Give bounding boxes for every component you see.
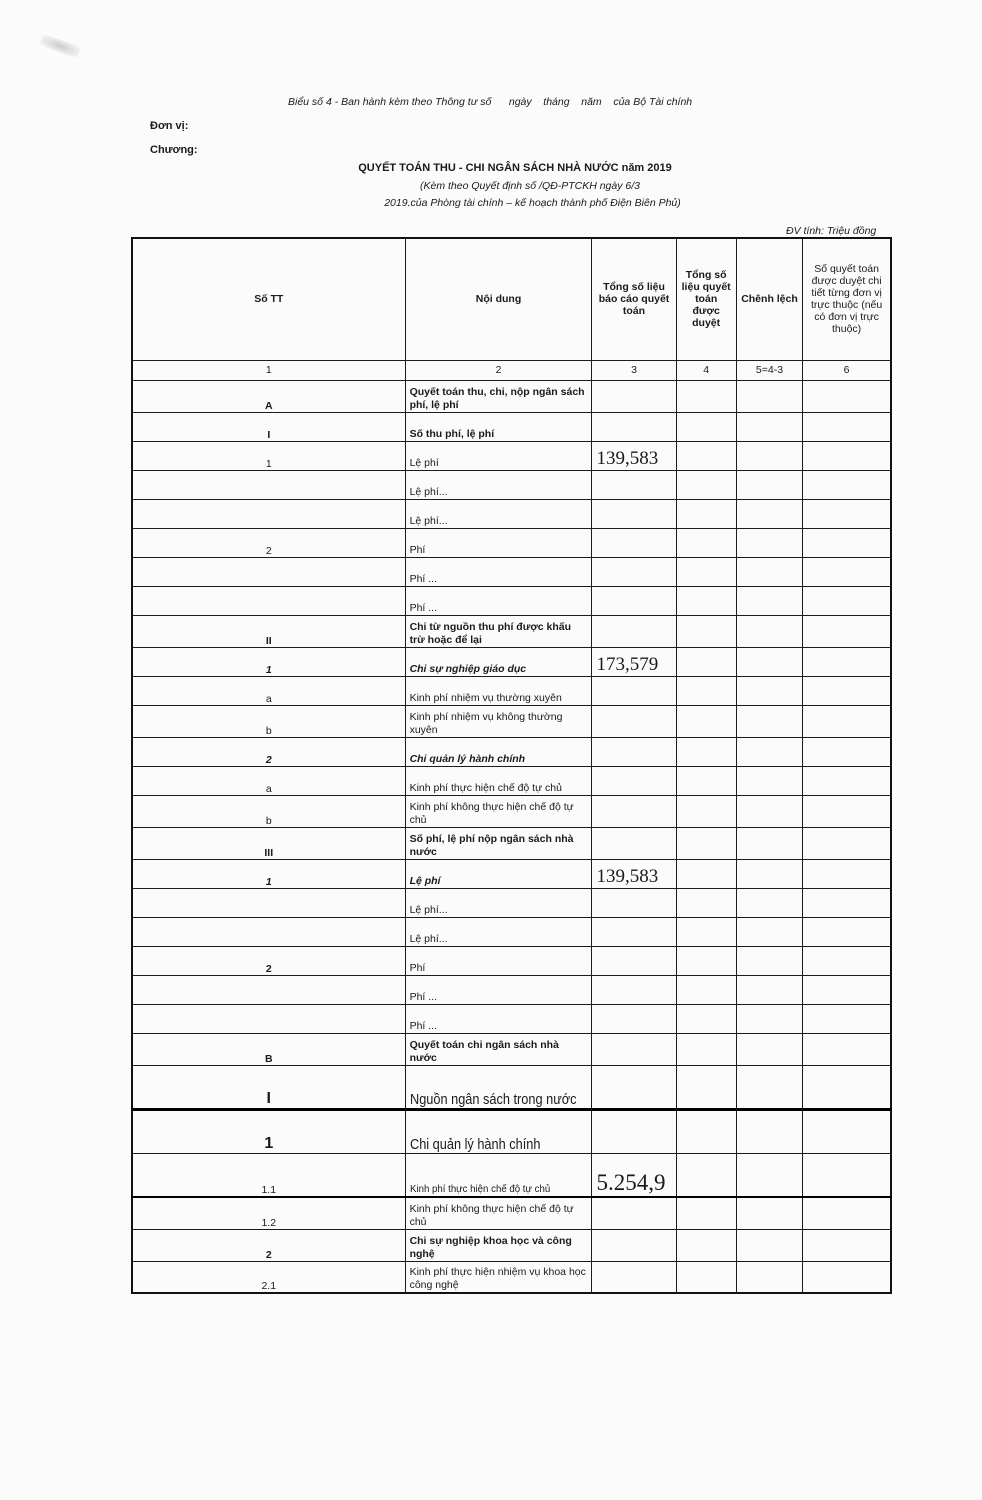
row-content-text: Kinh phí thực hiện chế độ tự chủ [410, 782, 562, 794]
row-unit-detail [803, 557, 891, 586]
row-stt [132, 917, 405, 946]
header-unit-detail: Số quyết toán được duyệt chi tiết từng đ… [803, 238, 891, 360]
settlement-table: Số TT Nội dung Tổng số liệu báo cáo quyế… [131, 237, 892, 1294]
row-reported-total [592, 1229, 676, 1261]
row-difference [736, 1109, 802, 1153]
row-content-text: Chi sự nghiệp khoa học và công nghệ [410, 1235, 572, 1260]
row-reported-total [592, 917, 676, 946]
row-content-text: Lệ phí... [410, 515, 448, 527]
row-reported-total [592, 557, 676, 586]
table-row: 2Chi quản lý hành chính [132, 737, 891, 766]
row-content-text: Phí ... [410, 573, 437, 585]
row-content-text: Kinh phí thực hiện chế độ tự chủ [410, 1183, 550, 1196]
row-approved-total [676, 975, 736, 1004]
row-approved-total [676, 647, 736, 676]
column-number: 1 [132, 360, 405, 380]
row-stt: 1.2 [132, 1197, 405, 1229]
row-content-text: Số phí, lệ phí nộp ngân sách nhà nước [410, 833, 574, 858]
row-unit-detail [803, 859, 891, 888]
row-content: Kinh phí không thực hiện chế độ tự chủ [405, 795, 592, 827]
header-content: Nội dung [405, 238, 592, 360]
row-reported-total [592, 1109, 676, 1153]
row-content: Lệ phí... [405, 499, 592, 528]
row-content: Phí ... [405, 557, 592, 586]
table-row: Lệ phí... [132, 470, 891, 499]
row-reported-total [592, 1065, 676, 1109]
row-approved-total [676, 557, 736, 586]
header-stt: Số TT [132, 238, 405, 360]
table-row: ISố thu phí, lệ phí [132, 412, 891, 441]
column-number: 5=4-3 [736, 360, 802, 380]
row-reported-total [592, 737, 676, 766]
row-unit-detail [803, 528, 891, 557]
row-difference [736, 827, 802, 859]
table-row: 1.1Kinh phí thực hiện chế độ tự chủ5.254… [132, 1153, 891, 1197]
row-stt [132, 975, 405, 1004]
row-stt: 1 [132, 441, 405, 470]
row-content: Lệ phí... [405, 917, 592, 946]
row-stt: B [132, 1033, 405, 1065]
row-difference [736, 888, 802, 917]
column-number: 2 [405, 360, 592, 380]
row-content: Số phí, lệ phí nộp ngân sách nhà nước [405, 827, 592, 859]
row-difference [736, 1197, 802, 1229]
form-reference: Biểu số 4 - Ban hành kèm theo Thông tư s… [288, 96, 692, 108]
row-approved-total [676, 380, 736, 412]
table-row: AQuyết toán thu, chi, nộp ngân sách phí,… [132, 380, 891, 412]
header-difference: Chênh lệch [736, 238, 802, 360]
row-content: Lệ phí... [405, 470, 592, 499]
table-row: Phí ... [132, 975, 891, 1004]
row-content-text: Phí ... [410, 991, 437, 1003]
row-reported-total [592, 499, 676, 528]
row-stt [132, 499, 405, 528]
row-reported-total [592, 827, 676, 859]
row-unit-detail [803, 1153, 891, 1197]
row-difference [736, 705, 802, 737]
row-content-text: Quyết toán thu, chi, nộp ngân sách phí, … [410, 386, 585, 411]
row-approved-total [676, 470, 736, 499]
row-reported-total [592, 946, 676, 975]
row-content: Phí [405, 528, 592, 557]
row-difference [736, 917, 802, 946]
row-content-text: Kinh phí nhiệm vụ không thường xuyên [410, 711, 563, 736]
row-approved-total [676, 795, 736, 827]
row-content-text: Nguồn ngân sách trong nước [410, 1093, 576, 1106]
row-unit-detail [803, 1197, 891, 1229]
row-approved-total [676, 615, 736, 647]
row-stt: b [132, 705, 405, 737]
row-reported-total [592, 676, 676, 705]
row-content-text: Kinh phí không thực hiện chế độ tự chủ [410, 801, 574, 826]
row-stt [132, 586, 405, 615]
row-content-text: Lệ phí [410, 875, 441, 887]
row-approved-total [676, 766, 736, 795]
row-stt: III [132, 827, 405, 859]
row-difference [736, 412, 802, 441]
row-unit-detail [803, 737, 891, 766]
row-unit-detail [803, 1109, 891, 1153]
row-difference [736, 647, 802, 676]
table-row: Phí ... [132, 586, 891, 615]
row-reported-total: 139,583 [592, 859, 676, 888]
row-stt: 1 [132, 859, 405, 888]
row-content: Kinh phí không thực hiện chế độ tự chủ [405, 1197, 592, 1229]
row-unit-detail [803, 647, 891, 676]
table-row: aKinh phí thực hiện chế độ tự chủ [132, 766, 891, 795]
table-row: Phí ... [132, 557, 891, 586]
row-content-text: Số thu phí, lệ phí [410, 428, 495, 440]
row-difference [736, 1004, 802, 1033]
row-approved-total [676, 441, 736, 470]
row-reported-total [592, 470, 676, 499]
row-unit-detail [803, 441, 891, 470]
row-reported-total [592, 1261, 676, 1293]
row-content: Phí ... [405, 1004, 592, 1033]
row-stt: a [132, 676, 405, 705]
row-content-text: Kinh phí nhiệm vụ thường xuyên [410, 692, 562, 704]
row-approved-total [676, 1109, 736, 1153]
row-approved-total [676, 586, 736, 615]
row-difference [736, 1229, 802, 1261]
row-stt: b [132, 795, 405, 827]
row-difference [736, 737, 802, 766]
table-row: Lệ phí... [132, 499, 891, 528]
row-content-text: Kinh phí thực hiện nhiệm vụ khoa học côn… [410, 1266, 586, 1291]
row-difference [736, 528, 802, 557]
row-difference [736, 380, 802, 412]
row-stt: 2.1 [132, 1261, 405, 1293]
row-reported-total [592, 766, 676, 795]
row-approved-total [676, 859, 736, 888]
row-reported-total [592, 888, 676, 917]
row-approved-total [676, 888, 736, 917]
row-stt: 1 [132, 1109, 405, 1153]
row-approved-total [676, 1004, 736, 1033]
row-unit-detail [803, 1065, 891, 1109]
table-row: 2.1Kinh phí thực hiện nhiệm vụ khoa học … [132, 1261, 891, 1293]
table-header-row: Số TT Nội dung Tổng số liệu báo cáo quyế… [132, 238, 891, 360]
column-number: 4 [676, 360, 736, 380]
scan-smudge [39, 34, 81, 59]
row-stt: II [132, 615, 405, 647]
row-content: Chi quản lý hành chính [405, 737, 592, 766]
row-content: Lệ phí [405, 441, 592, 470]
row-content-text: Lệ phí [410, 457, 439, 469]
row-difference [736, 1033, 802, 1065]
row-difference [736, 499, 802, 528]
row-reported-total [592, 1004, 676, 1033]
row-difference [736, 975, 802, 1004]
row-stt: 2 [132, 737, 405, 766]
row-stt: I [132, 1065, 405, 1109]
table-row: 1Lệ phí139,583 [132, 859, 891, 888]
row-unit-detail [803, 1229, 891, 1261]
table-row: bKinh phí không thực hiện chế độ tự chủ [132, 795, 891, 827]
row-unit-detail [803, 705, 891, 737]
row-difference [736, 1261, 802, 1293]
row-approved-total [676, 737, 736, 766]
row-reported-total [592, 705, 676, 737]
table-row: 1Lệ phí139,583 [132, 441, 891, 470]
row-difference [736, 795, 802, 827]
row-content: Phí [405, 946, 592, 975]
table-row: Phí ... [132, 1004, 891, 1033]
row-approved-total [676, 1229, 736, 1261]
row-difference [736, 586, 802, 615]
column-number-row: 1 2 3 4 5=4-3 6 [132, 360, 891, 380]
row-reported-total [592, 975, 676, 1004]
row-unit-detail [803, 946, 891, 975]
row-content: Kinh phí thực hiện nhiệm vụ khoa học côn… [405, 1261, 592, 1293]
row-content: Lệ phí... [405, 888, 592, 917]
document-title: QUYẾT TOÁN THU - CHI NGÂN SÁCH NHÀ NƯỚC … [0, 162, 982, 174]
table-row: BQuyết toán chi ngân sách nhà nước [132, 1033, 891, 1065]
row-unit-detail [803, 380, 891, 412]
row-content: Lệ phí [405, 859, 592, 888]
row-content: Kinh phí nhiệm vụ không thường xuyên [405, 705, 592, 737]
header-approved-total: Tổng số liệu quyết toán được duyệt [676, 238, 736, 360]
row-reported-total [592, 615, 676, 647]
document-subtitle-line2: 2019.của Phòng tài chính – kế hoạch thàn… [0, 197, 982, 209]
row-unit-detail [803, 676, 891, 705]
table-row: 1Chi sự nghiệp giáo dục173,579 [132, 647, 891, 676]
row-unit-detail [803, 795, 891, 827]
table-row: bKinh phí nhiệm vụ không thường xuyên [132, 705, 891, 737]
row-unit-detail [803, 917, 891, 946]
row-difference [736, 557, 802, 586]
row-difference [736, 615, 802, 647]
row-content: Phí ... [405, 586, 592, 615]
row-stt: 2 [132, 528, 405, 557]
row-content-text: Phí [410, 544, 426, 556]
row-content-text: Chi sự nghiệp giáo dục [410, 663, 527, 675]
row-stt: 1.1 [132, 1153, 405, 1197]
row-difference [736, 946, 802, 975]
row-approved-total [676, 499, 736, 528]
unit-label: Đơn vị: [150, 120, 188, 132]
row-content: Chi quản lý hành chính [405, 1109, 592, 1153]
table-row: 1Chi quản lý hành chính [132, 1109, 891, 1153]
row-reported-total [592, 380, 676, 412]
row-content-text: Phí ... [410, 1020, 437, 1032]
row-content-text: Chi quản lý hành chính [410, 1138, 540, 1151]
row-content: Nguồn ngân sách trong nước [405, 1065, 592, 1109]
table-row: INguồn ngân sách trong nước [132, 1065, 891, 1109]
row-difference [736, 766, 802, 795]
unit-note: ĐV tính: Triệu đồng [786, 225, 876, 237]
row-content: Phí ... [405, 975, 592, 1004]
row-content: Quyết toán thu, chi, nộp ngân sách phí, … [405, 380, 592, 412]
row-reported-total: 173,579 [592, 647, 676, 676]
row-difference [736, 1065, 802, 1109]
row-content: Quyết toán chi ngân sách nhà nước [405, 1033, 592, 1065]
table-row: IIISố phí, lệ phí nộp ngân sách nhà nước [132, 827, 891, 859]
row-content: Chi từ nguồn thu phí được khấu trừ hoặc … [405, 615, 592, 647]
row-approved-total [676, 1261, 736, 1293]
row-unit-detail [803, 888, 891, 917]
row-unit-detail [803, 586, 891, 615]
row-unit-detail [803, 412, 891, 441]
table-row: IIChi từ nguồn thu phí được khấu trừ hoặ… [132, 615, 891, 647]
row-unit-detail [803, 975, 891, 1004]
row-content-text: Lệ phí... [410, 486, 448, 498]
table-body: AQuyết toán thu, chi, nộp ngân sách phí,… [132, 380, 891, 1293]
row-stt: 2 [132, 1229, 405, 1261]
row-reported-total: 5.254,9 [592, 1153, 676, 1197]
row-content: Kinh phí thực hiện chế độ tự chủ [405, 1153, 592, 1197]
row-reported-total [592, 412, 676, 441]
row-content: Chi sự nghiệp giáo dục [405, 647, 592, 676]
row-stt [132, 888, 405, 917]
document-subtitle-line1: (Kèm theo Quyết định số /QĐ-PTCKH ngày 6… [0, 180, 982, 192]
row-unit-detail [803, 499, 891, 528]
row-content-text: Phí ... [410, 602, 437, 614]
row-approved-total [676, 676, 736, 705]
row-content-text: Quyết toán chi ngân sách nhà nước [410, 1039, 559, 1064]
header-reported-total: Tổng số liệu báo cáo quyết toán [592, 238, 676, 360]
row-stt [132, 470, 405, 499]
row-content-text: Lệ phí... [410, 904, 448, 916]
row-content: Chi sự nghiệp khoa học và công nghệ [405, 1229, 592, 1261]
row-unit-detail [803, 827, 891, 859]
row-reported-total [592, 528, 676, 557]
chapter-label: Chương: [150, 144, 198, 156]
row-approved-total [676, 1065, 736, 1109]
row-approved-total [676, 827, 736, 859]
table-row: Lệ phí... [132, 917, 891, 946]
row-stt: a [132, 766, 405, 795]
row-approved-total [676, 1033, 736, 1065]
row-stt [132, 1004, 405, 1033]
table-row: Lệ phí... [132, 888, 891, 917]
row-stt: A [132, 380, 405, 412]
row-approved-total [676, 412, 736, 441]
row-difference [736, 676, 802, 705]
row-unit-detail [803, 470, 891, 499]
row-reported-total [592, 795, 676, 827]
row-stt [132, 557, 405, 586]
row-stt: 1 [132, 647, 405, 676]
row-approved-total [676, 705, 736, 737]
column-number: 3 [592, 360, 676, 380]
row-unit-detail [803, 766, 891, 795]
row-content: Kinh phí nhiệm vụ thường xuyên [405, 676, 592, 705]
column-number: 6 [803, 360, 891, 380]
row-content: Kinh phí thực hiện chế độ tự chủ [405, 766, 592, 795]
row-approved-total [676, 528, 736, 557]
row-unit-detail [803, 1004, 891, 1033]
row-reported-total: 139,583 [592, 441, 676, 470]
row-difference [736, 470, 802, 499]
row-approved-total [676, 917, 736, 946]
row-approved-total [676, 1197, 736, 1229]
table-row: 2Phí [132, 528, 891, 557]
table-row: 2Chi sự nghiệp khoa học và công nghệ [132, 1229, 891, 1261]
row-content: Số thu phí, lệ phí [405, 412, 592, 441]
row-unit-detail [803, 1261, 891, 1293]
row-approved-total [676, 1153, 736, 1197]
row-difference [736, 859, 802, 888]
row-content-text: Kinh phí không thực hiện chế độ tự chủ [410, 1203, 574, 1228]
row-difference [736, 441, 802, 470]
row-unit-detail [803, 615, 891, 647]
row-stt: I [132, 412, 405, 441]
table-row: 2Phí [132, 946, 891, 975]
row-stt: 2 [132, 946, 405, 975]
row-content-text: Chi quản lý hành chính [410, 753, 526, 765]
row-content-text: Chi từ nguồn thu phí được khấu trừ hoặc … [410, 621, 571, 646]
row-reported-total [592, 1033, 676, 1065]
row-content-text: Phí [410, 962, 426, 974]
row-difference [736, 1153, 802, 1197]
row-reported-total [592, 586, 676, 615]
table-row: 1.2Kinh phí không thực hiện chế độ tự ch… [132, 1197, 891, 1229]
row-unit-detail [803, 1033, 891, 1065]
row-approved-total [676, 946, 736, 975]
table-row: aKinh phí nhiệm vụ thường xuyên [132, 676, 891, 705]
row-reported-total [592, 1197, 676, 1229]
row-content-text: Lệ phí... [410, 933, 448, 945]
